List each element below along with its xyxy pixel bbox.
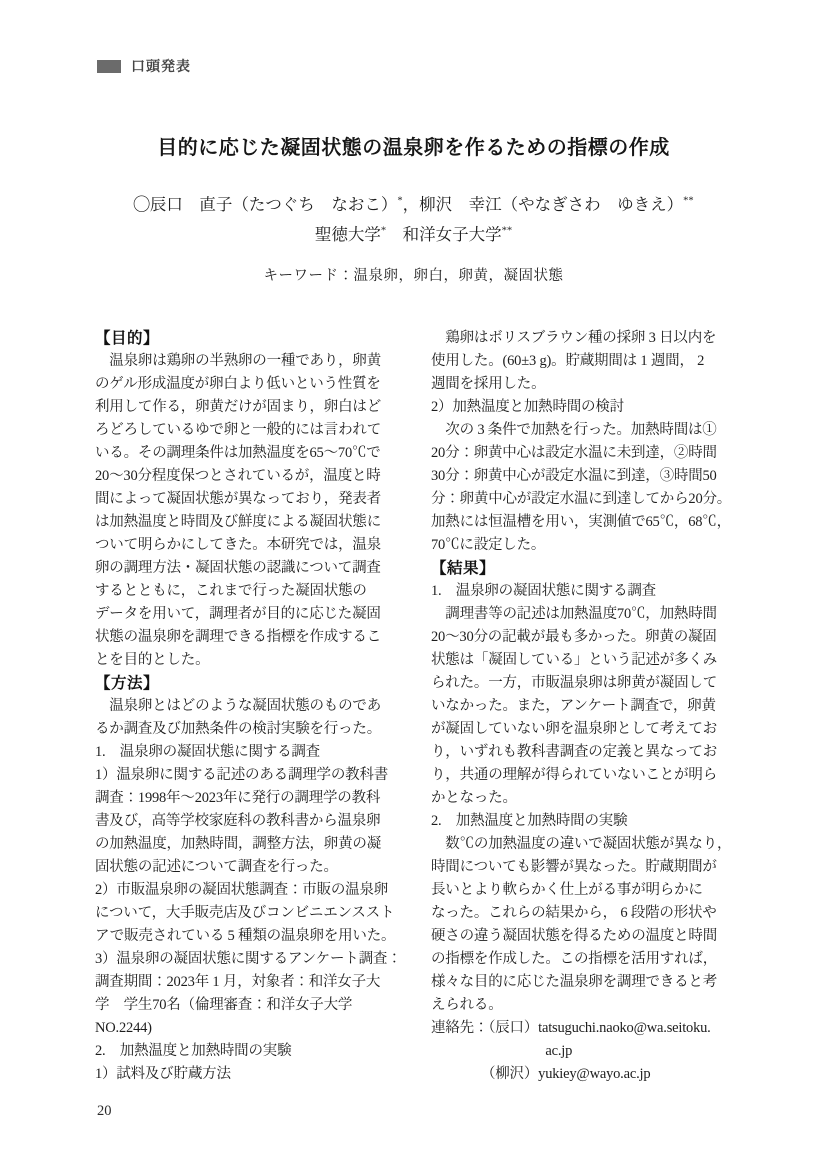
text-segment: 聖徳大学 — [315, 225, 381, 244]
text-segment: 和洋女子大学 — [386, 225, 502, 244]
affiliation-marker: ** — [683, 196, 694, 207]
abstract-text-line: 20分：卵黄中心は設定水温に未到達，②時間 — [431, 442, 745, 465]
abstract-text-line: 間によって凝固状態が異なっており，発表者 — [95, 488, 409, 511]
abstract-text-line: り，いずれも教科書調査の定義と異なってお — [431, 741, 745, 764]
abstract-text-line: いる。その調理条件は加熱温度を65～70℃で — [95, 442, 409, 465]
abstract-text-line: 固状態の記述について調査を行った。 — [95, 856, 409, 879]
abstract-text-line: （柳沢）yukiey@wayo.ac.jp — [431, 1063, 745, 1086]
abstract-text-line: が凝固していない卵を温泉卵として考えてお — [431, 718, 745, 741]
text-segment: ◯辰口 直子（たつぐち なおこ） — [133, 195, 397, 214]
abstract-text-line: 様々な目的に応じた温泉卵を調理できると考 — [431, 971, 745, 994]
abstract-text-line: 2. 加熱温度と加熱時間の実験 — [431, 810, 745, 833]
abstract-text-line: 状態は「凝固している」という記述が多くみ — [431, 649, 745, 672]
abstract-text-line: 3）温泉卵の凝固状態に関するアンケート調査： — [95, 948, 409, 971]
abstract-text-line: えられる。 — [431, 994, 745, 1017]
abstract-text-line: るか調査及び加熱条件の検討実験を行った。 — [95, 718, 409, 741]
abstract-text-line: は加熱温度と時間及び鮮度による凝固状態に — [95, 511, 409, 534]
abstract-text-line: 鶏卵はボリスブラウン種の採卵 3 日以内を — [431, 327, 745, 350]
abstract-text-line: なった。これらの結果から， 6 段階の形状や — [431, 902, 745, 925]
right-column: 鶏卵はボリスブラウン種の採卵 3 日以内を使用した。(60±3 g)。貯蔵期間は… — [431, 327, 745, 1086]
session-label-row: 口頭発表 — [97, 56, 191, 76]
page-number: 20 — [97, 1103, 112, 1120]
abstract-text-line: られた。一方，市販温泉卵は卵黄が凝固して — [431, 672, 745, 695]
abstract-text-line: り，共通の理解が得られていないことが明ら — [431, 764, 745, 787]
abstract-text-line: 時間についても影響が異なった。貯蔵期間が — [431, 856, 745, 879]
session-label: 口頭発表 — [131, 56, 191, 76]
text-segment: ，柳沢 幸江（やなぎさわ ゆきえ） — [403, 195, 684, 214]
keywords-line: キーワード：温泉卵，卵白，卵黄，凝固状態 — [0, 264, 827, 285]
abstract-text-line: するとともに，これまで行った凝固状態の — [95, 580, 409, 603]
author-line: ◯辰口 直子（たつぐち なおこ）*，柳沢 幸江（やなぎさわ ゆきえ）** — [0, 191, 827, 215]
abstract-text-line: 温泉卵とはどのような凝固状態のものであ — [95, 695, 409, 718]
abstract-text-line: 20～30分の記載が最も多かった。卵黄の凝固 — [431, 626, 745, 649]
abstract-text-line: 卵の調理方法・凝固状態の認識について調査 — [95, 557, 409, 580]
section-heading: 【結果】 — [431, 557, 745, 580]
abstract-text-line: ろどろしているゆで卵と一般的には言われて — [95, 419, 409, 442]
abstract-text-line: 書及び，高等学校家庭科の教科書から温泉卵 — [95, 810, 409, 833]
abstract-body: 【目的】 温泉卵は鶏卵の半熟卵の一種であり，卵黄のゲル形成温度が卵白より低いとい… — [95, 327, 745, 1086]
abstract-text-line: 1）試料及び貯蔵方法 — [95, 1063, 409, 1086]
abstract-text-line: 学 学生70名（倫理審査：和洋女子大学 — [95, 994, 409, 1017]
abstract-text-line: 状態の温泉卵を調理できる指標を作成するこ — [95, 626, 409, 649]
abstract-text-line: かとなった。 — [431, 787, 745, 810]
abstract-text-line: の加熱温度，加熱時間，調整方法，卵黄の凝 — [95, 833, 409, 856]
abstract-text-line: データを用いて，調理者が目的に応じた凝固 — [95, 603, 409, 626]
affiliation-line: 聖徳大学* 和洋女子大学** — [0, 221, 827, 245]
abstract-text-line: 調理書等の記述は加熱温度70℃，加熱時間 — [431, 603, 745, 626]
abstract-text-line: ac.jp — [431, 1040, 745, 1063]
abstract-text-line: 長いとより軟らかく仕上がる事が明らかに — [431, 879, 745, 902]
abstract-text-line: 30分：卵黄中心が設定水温に到達，③時間50 — [431, 465, 745, 488]
paper-title: 目的に応じた凝固状態の温泉卵を作るための指標の作成 — [0, 131, 827, 160]
session-marker-square — [97, 60, 121, 73]
abstract-text-line: 使用した。(60±3 g)。貯蔵期間は 1 週間， 2 — [431, 350, 745, 373]
abstract-text-line: NO.2244) — [95, 1017, 409, 1040]
abstract-text-line: 数℃の加熱温度の違いで凝固状態が異なり， — [431, 833, 745, 856]
abstract-text-line: 温泉卵は鶏卵の半熟卵の一種であり，卵黄 — [95, 350, 409, 373]
abstract-text-line: 20～30分程度保つとされているが，温度と時 — [95, 465, 409, 488]
abstract-text-line: ついて明らかにしてきた。本研究では，温泉 — [95, 534, 409, 557]
abstract-text-line: 利用して作る，卵黄だけが固まり，卵白はど — [95, 396, 409, 419]
abstract-text-line: について，大手販売店及びコンビニエンススト — [95, 902, 409, 925]
abstract-text-line: 1）温泉卵に関する記述のある調理学の教科書 — [95, 764, 409, 787]
section-heading: 【目的】 — [95, 327, 409, 350]
abstract-text-line: とを目的とした。 — [95, 649, 409, 672]
left-column: 【目的】 温泉卵は鶏卵の半熟卵の一種であり，卵黄のゲル形成温度が卵白より低いとい… — [95, 327, 409, 1086]
abstract-text-line: 1. 温泉卵の凝固状態に関する調査 — [431, 580, 745, 603]
abstract-text-line: 70℃に設定した。 — [431, 534, 745, 557]
abstract-text-line: 連絡先：（辰口）tatsuguchi.naoko@wa.seitoku. — [431, 1017, 745, 1040]
abstract-text-line: アで販売されている 5 種類の温泉卵を用いた。 — [95, 925, 409, 948]
abstract-text-line: 硬さの違う凝固状態を得るための温度と時間 — [431, 925, 745, 948]
abstract-text-line: 2. 加熱温度と加熱時間の実験 — [95, 1040, 409, 1063]
abstract-text-line: 2）市販温泉卵の凝固状態調査：市販の温泉卵 — [95, 879, 409, 902]
abstract-page: 口頭発表 目的に応じた凝固状態の温泉卵を作るための指標の作成 ◯辰口 直子（たつ… — [0, 0, 827, 1170]
abstract-text-line: 次の 3 条件で加熱を行った。加熱時間は① — [431, 419, 745, 442]
abstract-text-line: 分：卵黄中心が設定水温に到達してから20分。 — [431, 488, 745, 511]
section-heading: 【方法】 — [95, 672, 409, 695]
abstract-text-line: 調査：1998年～2023年に発行の調理学の教科 — [95, 787, 409, 810]
abstract-text-line: 調査期間：2023年 1 月，対象者：和洋女子大 — [95, 971, 409, 994]
abstract-text-line: 2）加熱温度と加熱時間の検討 — [431, 396, 745, 419]
abstract-text-line: 加熱には恒温槽を用い，実測値で65℃，68℃， — [431, 511, 745, 534]
affiliation-marker: ** — [502, 226, 513, 237]
abstract-text-line: の指標を作成した。この指標を活用すれば， — [431, 948, 745, 971]
abstract-text-line: 1. 温泉卵の凝固状態に関する調査 — [95, 741, 409, 764]
abstract-text-line: のゲル形成温度が卵白より低いという性質を — [95, 373, 409, 396]
abstract-text-line: 週間を採用した。 — [431, 373, 745, 396]
abstract-text-line: いなかった。また，アンケート調査で，卵黄 — [431, 695, 745, 718]
